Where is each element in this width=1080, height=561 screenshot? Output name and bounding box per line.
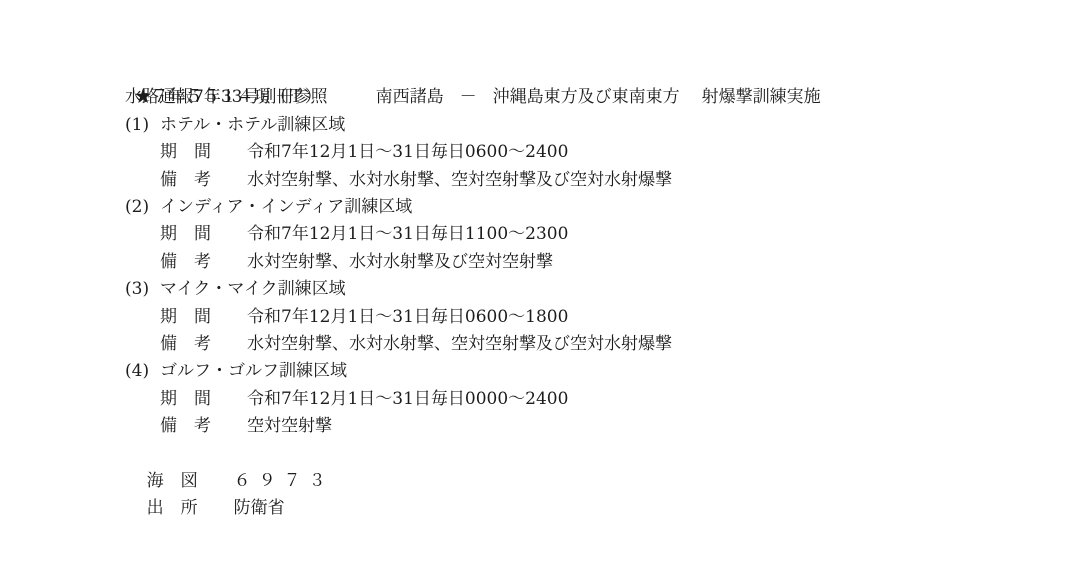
source-label: 出 所 xyxy=(147,495,234,522)
period-value: 令和7年12月1日～31日毎日1100～2300 xyxy=(247,224,568,244)
period-line: 期 間令和7年12月1日～31日毎日0600～2400 xyxy=(113,139,1080,166)
training-area-block-3: (3)マイク・マイク訓練区域 期 間令和7年12月1日～31日毎日0600～18… xyxy=(113,276,1080,358)
subject-text: 射爆撃訓練実施 xyxy=(702,87,821,107)
period-label: 期 間 xyxy=(160,386,247,413)
area-name: マイク・マイク訓練区域 xyxy=(160,279,346,299)
period-label: 期 間 xyxy=(160,304,247,331)
area-number: (4) xyxy=(125,358,160,385)
region-name: 南西諸島 xyxy=(376,87,444,107)
period-line: 期 間令和7年12月1日～31日毎日0000～2400 xyxy=(113,386,1080,413)
area-title-line: (1)ホテル・ホテル訓練区域 xyxy=(113,112,1080,139)
area-name: ホテル・ホテル訓練区域 xyxy=(160,115,345,135)
training-area-block-4: (4)ゴルフ・ゴルフ訓練区域 期 間令和7年12月1日～31日毎日0000～24… xyxy=(113,358,1080,440)
source-value: 防衛省 xyxy=(234,498,285,518)
remarks-value: 空対空射撃 xyxy=(247,416,332,436)
remarks-label: 備 考 xyxy=(160,167,247,194)
period-label: 期 間 xyxy=(160,221,247,248)
remarks-label: 備 考 xyxy=(160,249,247,276)
remarks-label: 備 考 xyxy=(160,331,247,358)
notice-header-line: ★７年５５１４項（Ｔ）南西諸島－沖縄島東方及び東南東方射爆撃訓練実施 xyxy=(113,57,1080,84)
area-title-line: (2)インディア・インディア訓練区域 xyxy=(113,194,1080,221)
period-line: 期 間令和7年12月1日～31日毎日0600～1800 xyxy=(113,304,1080,331)
period-line: 期 間令和7年12月1日～31日毎日1100～2300 xyxy=(113,221,1080,248)
remarks-value: 水対空射撃、水対水射撃、空対空射撃及び空対水射爆撃 xyxy=(247,170,672,190)
remarks-value: 水対空射撃、水対水射撃、空対空射撃及び空対水射爆撃 xyxy=(247,334,672,354)
area-number: (2) xyxy=(125,194,160,221)
training-area-block-1: (1)ホテル・ホテル訓練区域 期 間令和7年12月1日～31日毎日0600～24… xyxy=(113,112,1080,194)
training-area-block-2: (2)インディア・インディア訓練区域 期 間令和7年12月1日～31日毎日110… xyxy=(113,194,1080,276)
area-name: ゴルフ・ゴルフ訓練区域 xyxy=(160,361,347,381)
remarks-value: 水対空射撃、水対水射撃及び空対空射撃 xyxy=(247,252,553,272)
remarks-line: 備 考水対空射撃、水対水射撃、空対空射撃及び空対水射爆撃 xyxy=(113,331,1080,358)
remarks-line: 備 考水対空射撃、水対水射撃、空対空射撃及び空対水射爆撃 xyxy=(113,167,1080,194)
dash-separator: － xyxy=(460,87,477,107)
chart-row: 海 図６９７３ xyxy=(113,440,1080,467)
period-value: 令和7年12月1日～31日毎日0600～1800 xyxy=(247,307,568,327)
period-label: 期 間 xyxy=(160,139,247,166)
notice-document-page: ★７年５５１４項（Ｔ）南西諸島－沖縄島東方及び東南東方射爆撃訓練実施 水路通報7… xyxy=(0,0,1080,495)
chart-number: ６９７３ xyxy=(234,471,334,491)
chart-label: 海 図 xyxy=(147,468,234,495)
area-title-line: (3)マイク・マイク訓練区域 xyxy=(113,276,1080,303)
area-title-line: (4)ゴルフ・ゴルフ訓練区域 xyxy=(113,358,1080,385)
area-number: (3) xyxy=(125,276,160,303)
area-number: (1) xyxy=(125,112,160,139)
area-name: インディア・インディア訓練区域 xyxy=(160,197,412,217)
period-value: 令和7年12月1日～31日毎日0000～2400 xyxy=(247,389,568,409)
location-text: 沖縄島東方及び東南東方 xyxy=(493,87,680,107)
remarks-line: 備 考空対空射撃 xyxy=(113,413,1080,440)
period-value: 令和7年12月1日～31日毎日0600～2400 xyxy=(247,142,568,162)
remarks-label: 備 考 xyxy=(160,413,247,440)
remarks-line: 備 考水対空射撃、水対水射撃及び空対空射撃 xyxy=(113,249,1080,276)
